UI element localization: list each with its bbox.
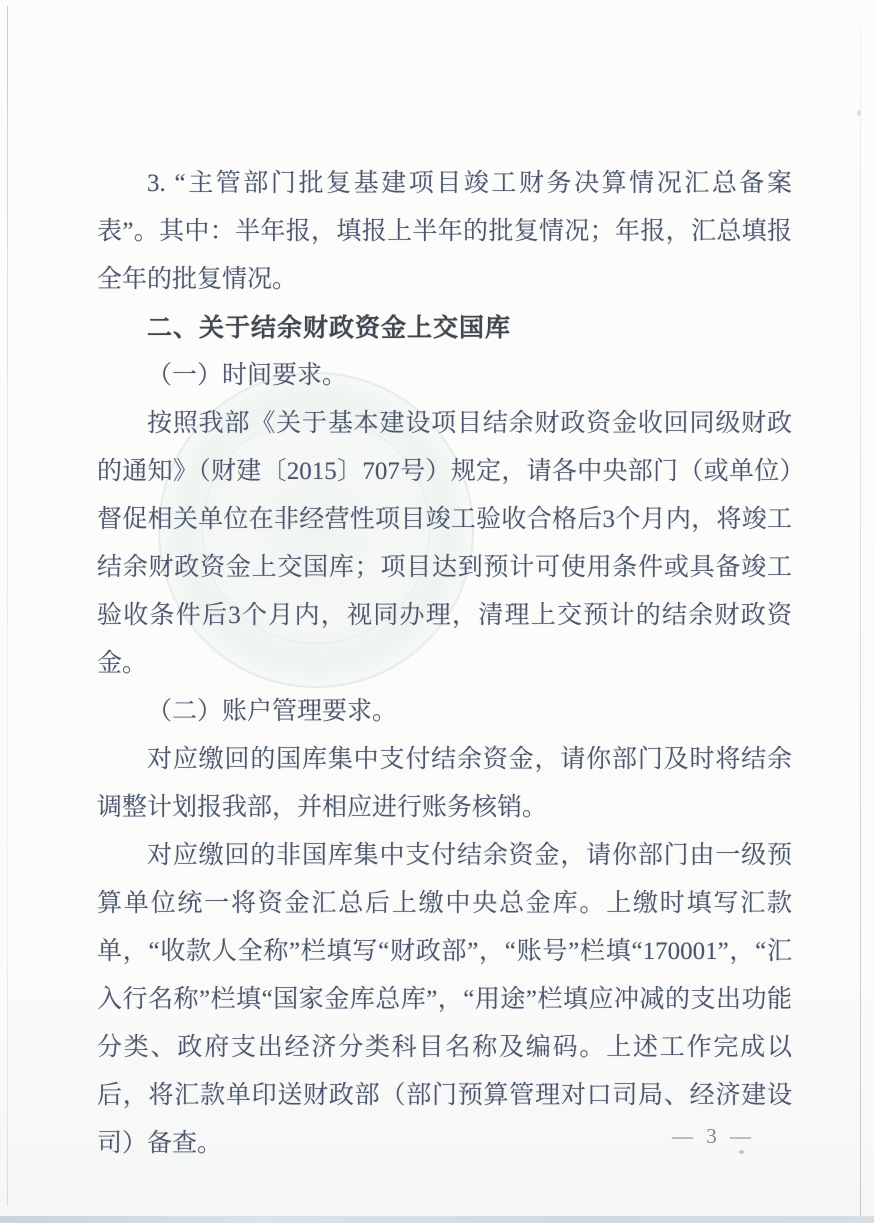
scan-edge-left [7, 6, 8, 1206]
paragraph-summary-table: 3. “主管部门批复基建项目竣工财务决算情况汇总备案表”。其中：半年报，填报上半… [97, 160, 792, 304]
scan-edge-right [860, 25, 861, 1217]
subsection-heading-time-requirement: （一）时间要求。 [97, 352, 792, 400]
paragraph-time-requirement: 按照我部《关于基本建设项目结余财政资金收回同级财政的通知》（财建〔2015〕70… [97, 400, 792, 688]
scan-edge-bottom [0, 1216, 874, 1223]
section-heading-2: 二、关于结余财政资金上交国库 [97, 304, 792, 352]
document-page: 3. “主管部门批复基建项目竣工财务决算情况汇总备案表”。其中：半年报，填报上半… [0, 0, 874, 1223]
document-body: 3. “主管部门批复基建项目竣工财务决算情况汇总备案表”。其中：半年报，填报上半… [97, 160, 792, 1168]
paragraph-treasury-centralized-payment: 对应缴回的国库集中支付结余资金，请你部门及时将结余调整计划报我部，并相应进行账务… [97, 736, 792, 832]
subsection-heading-account-management: （二）账户管理要求。 [97, 688, 792, 736]
paragraph-non-treasury-payment: 对应缴回的非国库集中支付结余资金，请你部门由一级预算单位统一将资金汇总后上缴中央… [97, 832, 792, 1168]
page-number: — 3 — [672, 1124, 792, 1149]
scan-speck [857, 110, 861, 116]
